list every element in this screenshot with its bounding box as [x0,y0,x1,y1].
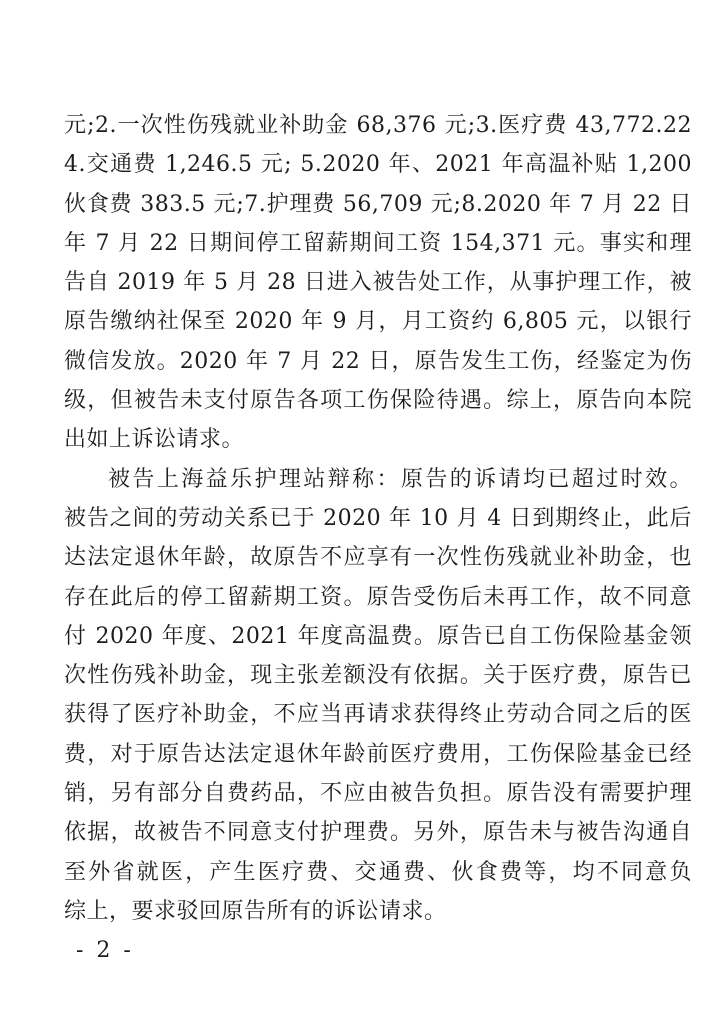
paragraph-defendant-defense: 被告上海益乐护理站辩称：原告的诉请均已超过时效。原、 被告之间的劳动关系已于 2… [64,460,692,932]
text-line: 原告缴纳社保至 2020 年 9 月，月工资约 6,805 元，以银行转账、 [64,302,692,341]
document-body: 元;2.一次性伤残就业补助金 68,376 元;3.医疗费 43,772.22 … [64,106,692,931]
text-line: 次性伤残补助金，现主张差额没有依据。关于医疗费，原告已经 [64,656,692,695]
text-line: 至外省就医，产生医疗费、交通费、伙食费等，均不同意负担。 [64,853,692,892]
text-line: 依据，故被告不同意支付护理费。另外，原告未与被告沟通自行 [64,813,692,852]
text-line: 被告上海益乐护理站辩称：原告的诉请均已超过时效。原、 [64,460,692,499]
text-line: 元;2.一次性伤残就业补助金 68,376 元;3.医疗费 43,772.22 … [64,106,692,145]
text-line: 伙食费 383.5 元;7.护理费 56,709 元;8.2020 年 7 月 … [64,185,692,224]
text-line: 综上，要求驳回原告所有的诉讼请求。 [64,892,692,931]
text-line: 获得了医疗补助金，不应当再请求获得终止劳动合同之后的医疗 [64,695,692,734]
text-line: 被告之间的劳动关系已于 2020 年 10 月 4 日到期终止，此后原告 [64,499,692,538]
text-line: 级，但被告未支付原告各项工伤保险待遇。综上，原告向本院提 [64,381,692,420]
text-line: 4.交通费 1,246.5 元; 5.2020 年、2021 年高温补贴 1,2… [64,145,692,184]
text-line: 微信发放。2020 年 7 月 22 日，原告发生工伤，经鉴定为伤残九 [64,342,692,381]
text-line: 年 7 月 22 日期间停工留薪期间工资 154,371 元。事实和理由：原 [64,224,692,263]
text-line: 付 2020 年度、2021 年度高温费。原告已自工伤保险基金领取一 [64,617,692,656]
paragraph-plaintiff-claims: 元;2.一次性伤残就业补助金 68,376 元;3.医疗费 43,772.22 … [64,106,692,460]
text-line: 销，另有部分自费药品，不应由被告负担。原告没有需要护理的 [64,774,692,813]
text-line: 出如上诉讼请求。 [64,420,692,459]
text-line: 达法定退休年龄，故原告不应享有一次性伤残就业补助金，也不 [64,538,692,577]
text-line: 存在此后的停工留薪期工资。原告受伤后未再工作，故不同意支 [64,578,692,617]
text-line: 费，对于原告达法定退休年龄前医疗费用，工伤保险基金已经报 [64,735,692,774]
text-line: 告自 2019 年 5 月 28 日进入被告处工作，从事护理工作，被告给 [64,263,692,302]
document-page: 元;2.一次性伤残就业补助金 68,376 元;3.医疗费 43,772.22 … [0,0,724,1024]
page-number: - 2 - [76,936,134,966]
